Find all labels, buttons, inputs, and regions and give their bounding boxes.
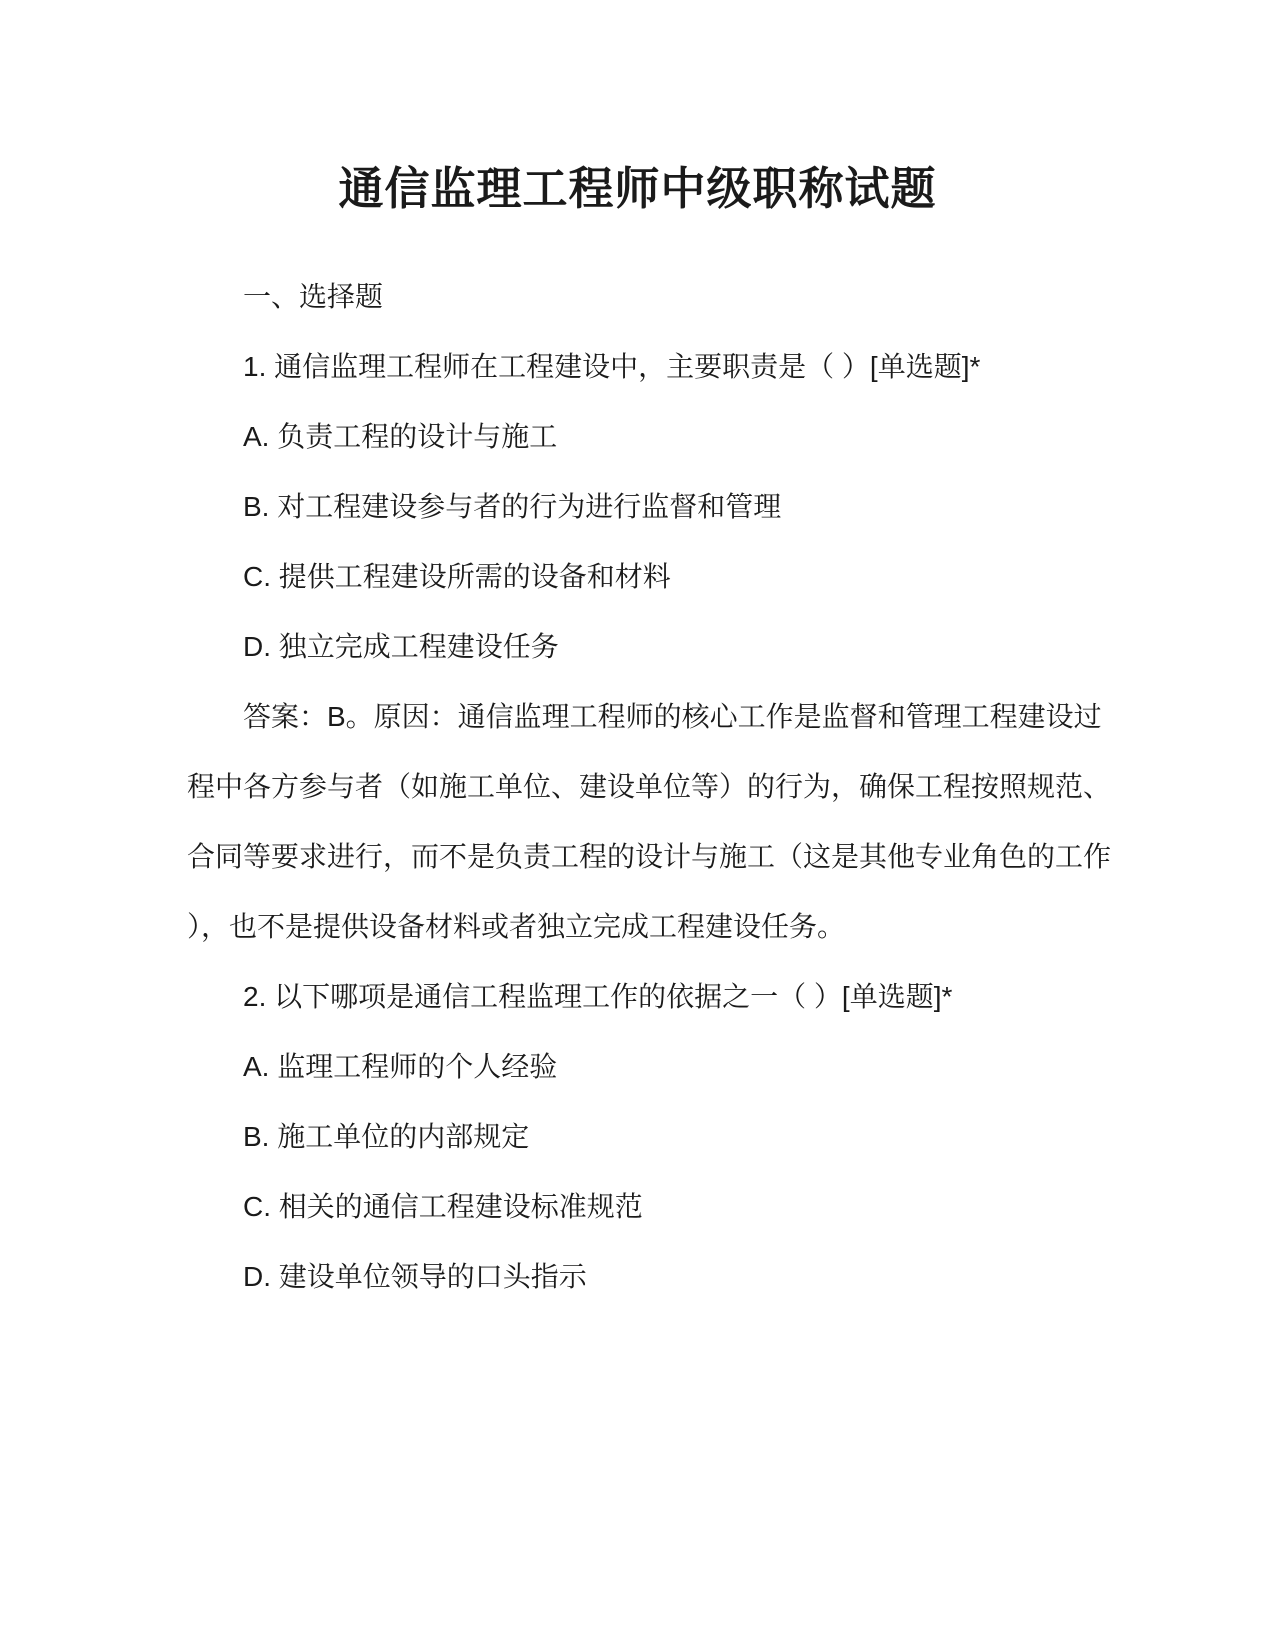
question-stem: 1. 通信监理工程师在工程建设中，主要职责是（ ）[单选题]* (187, 332, 1127, 402)
section-heading: 一、选择题 (187, 262, 1127, 332)
option-item: C. 相关的通信工程建设标准规范 (187, 1172, 1127, 1242)
option-item: A. 负责工程的设计与施工 (187, 402, 1127, 472)
option-item: B. 对工程建设参与者的行为进行监督和管理 (187, 472, 1127, 542)
question-stem: 2. 以下哪项是通信工程监理工作的依据之一（ ）[单选题]* (187, 962, 1127, 1032)
option-item: C. 提供工程建设所需的设备和材料 (187, 542, 1127, 612)
document-page: 通信监理工程师中级职称试题 一、选择题1. 通信监理工程师在工程建设中，主要职责… (0, 0, 1275, 1650)
option-item: A. 监理工程师的个人经验 (187, 1032, 1127, 1102)
answer-line: 答案：B。原因：通信监理工程师的核心工作是监督和管理工程建设过 (187, 682, 1127, 752)
option-item: D. 建设单位领导的口头指示 (187, 1242, 1127, 1312)
document-body: 一、选择题1. 通信监理工程师在工程建设中，主要职责是（ ）[单选题]*A. 负… (187, 262, 1127, 1312)
option-item: B. 施工单位的内部规定 (187, 1102, 1127, 1172)
answer-line: 程中各方参与者（如施工单位、建设单位等）的行为，确保工程按照规范、 (187, 752, 1127, 822)
option-item: D. 独立完成工程建设任务 (187, 612, 1127, 682)
answer-line: ），也不是提供设备材料或者独立完成工程建设任务。 (187, 892, 1127, 962)
answer-line: 合同等要求进行，而不是负责工程的设计与施工（这是其他专业角色的工作 (187, 822, 1127, 892)
document-title: 通信监理工程师中级职称试题 (0, 158, 1275, 220)
